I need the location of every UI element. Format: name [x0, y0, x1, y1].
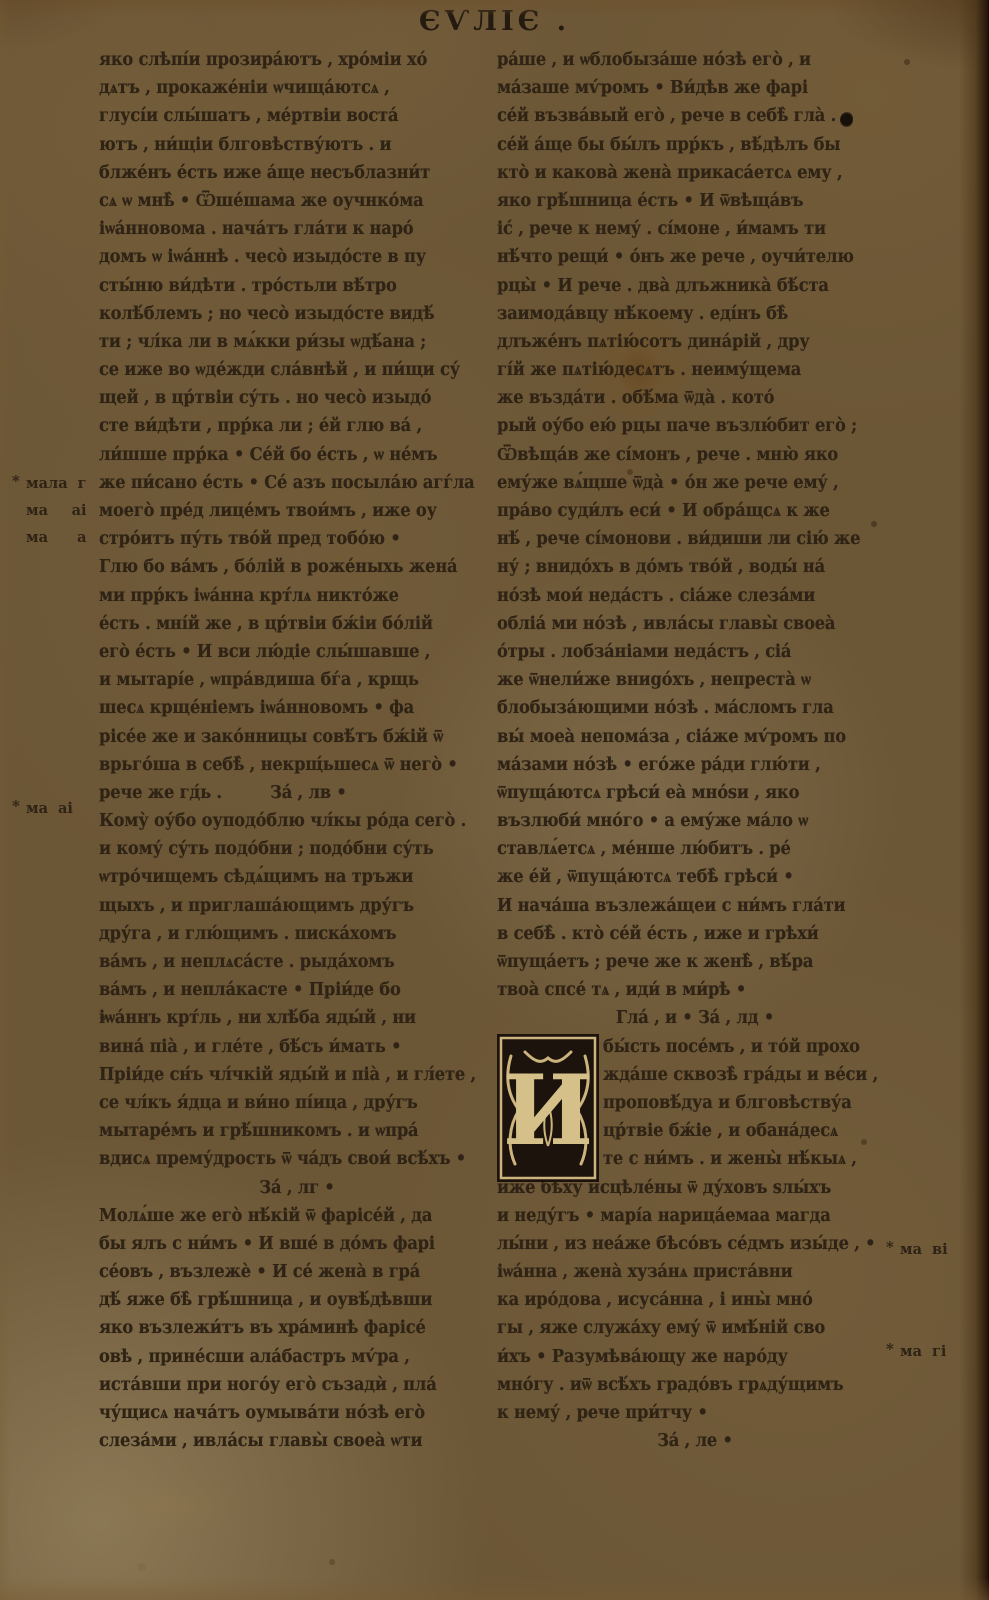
text-line: Гла́ , и • За́ , лд •	[511, 1004, 879, 1032]
text-line: ва́мъ , и неплѧса́сте . рыда́хомъ	[99, 948, 467, 976]
page-corner-shadow	[0, 0, 120, 50]
text-line: се иже во ѡде́жди сла́внѣй , и пи́щи су́	[99, 356, 467, 384]
text-line: възлюби́ мно́го • а ему́же ма́ло ѡ	[497, 807, 865, 835]
reference-chapter: ві	[932, 1236, 948, 1263]
book-page: ЄѴЛІЄ . яко слѣпі́и прозира́ютъ , хро́мі…	[0, 0, 989, 1600]
left-text-column: яко слѣпі́и прозира́ютъ , хро́міи хо́дѧт…	[99, 46, 495, 1455]
reference-chapter: г	[78, 470, 87, 497]
text-line: врьго́ша в себѣ̀ , некрщ́ьшесѧ ѿ него̀ •	[99, 751, 467, 779]
text-line: вы́ моеа̀ непома́за , сіа́же мѵ́ромъ по	[497, 723, 865, 751]
margin-cross-reference: *малагмааімаа	[26, 470, 94, 551]
text-line: яко грѣ́шница е́сть • И ѿвѣща́въ	[497, 187, 865, 215]
text-line: и кому́ су́ть подо́бни ; подо́бни су́ть	[99, 835, 467, 863]
margin-cross-reference: *мааі	[26, 795, 94, 822]
text-line: е́сть . мні́й же , в цр́твіи бж́іи бо́лі…	[99, 610, 467, 638]
text-line: бы ялъ с ни́мъ • И вше́ в до́мъ фарі	[99, 1230, 467, 1258]
text-line: сты́ню ви́дѣти . тро́стьли вѣ́тро	[99, 272, 467, 300]
text-line: щей , в цр́твіи су́ть . но чесо̀ изыдо́	[99, 384, 467, 412]
text-line: дру́га , и глю́щимъ . писка́хомъ	[99, 920, 467, 948]
text-line: моего̀ пре́д лице́мъ твои́мъ , иже оу	[99, 497, 467, 525]
text-line: нѣ́что рещи́ • о́нъ же рече , оучи́телю	[497, 243, 865, 271]
text-line: пра́во суди́лъ еси́ • И обра́щсѧ к же	[497, 497, 865, 525]
text-line: в себѣ̀ . кто̀ се́й е́сть , иже и грѣхи́	[497, 920, 865, 948]
ornamental-initial-woodcut: И	[497, 1034, 599, 1182]
text-line: сѧ ѡ мнѣ̀ • Ѿше́шама же оучнко́ма	[99, 187, 467, 215]
text-line: овѣ , прине́сши ала́бастръ мѵ́ра ,	[99, 1343, 467, 1371]
text-line: шесѧ крще́ніемъ іѡа́нновомъ • фа	[99, 694, 467, 722]
reference-book: ма	[900, 1236, 922, 1263]
page-edge-bottom	[0, 1578, 989, 1600]
right-text-column: ра́ше , и ѡблобыза́ше но́зѣ его̀ , има́з…	[497, 46, 893, 1455]
text-line: ѡтро́чищемъ сѣдѧ́щимъ на тръжи	[99, 863, 467, 891]
text-line: ти ; чл́ка ли в мѧ́кки ри́зы ѡдѣ́ана ;	[99, 328, 467, 356]
asterisk-marker-icon: *	[12, 468, 20, 495]
text-line: же пи́сано е́сть • Се́ азъ посыла́ю агѓл…	[99, 469, 467, 497]
text-line: За́ , ле •	[511, 1427, 879, 1455]
text-line: ютъ , ни́щіи блговѣству́ютъ . и	[99, 131, 467, 159]
reference-chapter: аі	[72, 497, 87, 524]
reference-book: мала	[26, 470, 68, 497]
text-line: стро́итъ пу́ть тво́й пред тобо́ю •	[99, 525, 467, 553]
text-line: ма́зами но́зѣ • его́же ра́ди глю́ти ,	[497, 751, 865, 779]
margin-cross-reference: *магі	[900, 1338, 966, 1365]
text-line: блже́нъ е́сть иже а́ще несъблазни́т	[99, 159, 467, 187]
text-line: домъ ѡ іѡа́ннѣ . чесо̀ изыдо́сте в пу	[99, 243, 467, 271]
text-line: лы́ни , из неа́же бѣсо́въ се́дмъ изы́де …	[497, 1230, 865, 1258]
text-line: кто̀ и какова̀ жена̀ прикаса́етсѧ ему ,	[497, 159, 865, 187]
text-line: обліа́ ми но́зѣ , ивла́сы главы̀ своеа̀	[497, 610, 865, 638]
asterisk-marker-icon: *	[886, 1234, 894, 1261]
text-line: ну́ ; внидо́хъ в до́мъ тво́й , воды́ на́	[497, 553, 865, 581]
reference-book: ма	[900, 1338, 922, 1365]
text-line: же ѿнели́же вниgо́хъ , непреста̀ ѡ	[497, 666, 865, 694]
text-line: яко слѣпі́и прозира́ютъ , хро́міи хо́	[99, 46, 467, 74]
text-line: іс́ , рече к нему́ . сі́моне , и́мамъ ти	[497, 215, 865, 243]
text-line: но́зѣ мои́ неда́стъ . сіа́же слеза́ми	[497, 582, 865, 610]
text-line: мно́гу . иѿ всѣ́хъ градо́въ грѧду́щимъ	[497, 1371, 865, 1399]
reference-book: ма	[26, 524, 48, 551]
text-line: глусі́и слы́шатъ , ме́ртвіи воста́	[99, 102, 467, 130]
text-line: длъже́нъ пѧтію́сотъ дина́рій , дру	[497, 328, 865, 356]
reference-chapter: гі	[932, 1338, 946, 1365]
text-line: твоа̀ спсе́ тѧ , иди́ в ми́рѣ •	[497, 976, 865, 1004]
text-line: иста́вши при ного́у его̀ съзадѝ , пла́	[99, 1371, 467, 1399]
text-line: ра́ше , и ѡблобыза́ше но́зѣ его̀ , и	[497, 46, 865, 74]
text-line: іѡа́нновома . нача́тъ гла́ти к наро́	[99, 215, 467, 243]
text-line: Глю бо ва́мъ , бо́лій в роже́ныхь жена́	[99, 553, 467, 581]
text-line: вина́ піа̀ , и гле́те , бѣ́съ и́мать •	[99, 1033, 467, 1061]
text-line: ма́заше мѵ́ромъ • Ви́дѣв же фарі	[497, 74, 865, 102]
text-line: ставлѧ́етсѧ , ме́нше лю́битъ . ре́	[497, 835, 865, 863]
text-line: Ѿвѣща́в же сі́монъ , рече . мню̀ яко	[497, 441, 865, 469]
text-line: гы , яже служа́ху ему́ ѿ имѣ́ній сво	[497, 1314, 865, 1342]
text-line: іѡа́ннъ крт́ль , ни хлѣ́ба яды́й , ни	[99, 1004, 467, 1032]
text-line: сте ви́дѣти , прр́ка ли ; е́й глю ва́ ,	[99, 412, 467, 440]
text-line: рцы̀ • И рече . два̀ длъжника̀ бѣ́ста	[497, 272, 865, 300]
text-line: нѣ́ , рече сі́монови . ви́диши ли сію́ ж…	[497, 525, 865, 553]
reference-chapter: а	[77, 524, 86, 551]
text-line: ему́же вѧ́щше ѿда̀ • о́н же рече ему́ ,	[497, 469, 865, 497]
text-line: яко възлежи́тъ въ хра́минѣ фарісе́	[99, 1314, 467, 1342]
reference-book: ма	[26, 795, 48, 822]
page-edge-right	[959, 0, 989, 1600]
text-line: рісе́е же и зако́нницы совѣ́тъ бж́ій ѿ	[99, 723, 467, 751]
text-line: ка иро́дова , исуса́нна , і ины̀ мно́	[497, 1286, 865, 1314]
text-line: рый оу́бо ею́ рцы паче възлю́бит его̀ ;	[497, 412, 865, 440]
text-line: слеза́ми , ивла́сы главы̀ своеа̀ ѡти	[99, 1427, 467, 1455]
reference-book: ма	[26, 497, 48, 524]
text-line: чу́щисѧ нача́тъ оумыва́ти но́зѣ его̀	[99, 1399, 467, 1427]
reference-chapter: аі	[58, 795, 73, 822]
text-line: и́хъ • Разумѣва́ющу же наро́ду	[497, 1343, 865, 1371]
text-line: Кому̀ оу́бо оуподо́блю чл́кы ро́да сего̀…	[99, 807, 467, 835]
text-line: дѣ́ яже бѣ̀ грѣ́шница , и оувѣ́дѣвши	[99, 1286, 467, 1314]
text-line: и мытарі́е , ѡпра́вдиша бѓа , крщь	[99, 666, 467, 694]
text-line: его̀ е́сть • И вси лю́діе слы́шавше ,	[99, 638, 467, 666]
text-line: о́тры . лобза́ніами неда́стъ , сіа́	[497, 638, 865, 666]
text-line: же възда́ти . обѣ́ма ѿда̀ . кото́	[497, 384, 865, 412]
text-line: Пріи́де сн́ъ чл́чкій яды́й и піа̀ , и гл…	[99, 1061, 467, 1089]
text-line: и неду́гъ • марі́а нарица́емаа магда	[497, 1202, 865, 1230]
paper-smudge	[545, 1538, 725, 1580]
text-line: же е́й , ѿпуща́ютсѧ тебѣ̀ грѣси́ •	[497, 863, 865, 891]
text-line: ва́мъ , и непла́касте • Пріи́де бо	[99, 976, 467, 1004]
text-line: ѿпуща́етъ ; рече же к женѣ̀ , вѣ́ра	[497, 948, 865, 976]
text-line: к нему́ , рече при́тчу •	[497, 1399, 865, 1427]
text-line: щыхъ , и приглаша́ющимъ дру́гъ	[99, 892, 467, 920]
paper-smudge	[95, 1478, 245, 1533]
text-line: се чл́къ я́дца и ви́но пі́ица , дру́гъ	[99, 1089, 467, 1117]
text-line: ѿпуща́ютсѧ грѣси́ еа̀ мно́ѕи , яко	[497, 779, 865, 807]
text-line: заимода́вцу нѣ́коему . еді́нъ бѣ̀	[497, 300, 865, 328]
text-line: рече же гд́ь . За́ , лв •	[99, 779, 467, 807]
text-line: Молѧ́ше же его̀ нѣ́кій ѿ фарісе́й , да	[99, 1202, 467, 1230]
text-line: се́овъ , възлежѐ • И се́ жена̀ в гра́	[99, 1258, 467, 1286]
text-line: колѣ́блемъ ; но чесо̀ изыдо́сте видѣ́	[99, 300, 467, 328]
asterisk-marker-icon: *	[886, 1336, 894, 1363]
text-line: ми прр́къ іѡа́нна крт́лѧ никто́же	[99, 582, 467, 610]
page-edge-left	[0, 0, 10, 1600]
text-line: блобыза́ющими но́зѣ . ма́сломъ гла	[497, 694, 865, 722]
text-line: гі́й же пѧтію́десѧтъ . неиму́щема	[497, 356, 865, 384]
text-line: мытаре́мъ и грѣ́шникомъ . и ѡпра́	[99, 1117, 467, 1145]
text-line: се́й възва́вый его̀ , рече в себѣ̀ гла̀ …	[497, 102, 865, 130]
text-line: дѧтъ , прокаже́ніи ѡчища́ютсѧ ,	[99, 74, 467, 102]
text-line: іѡа́нна , жена̀ хуза́нѧ приста́вни	[497, 1258, 865, 1286]
text-line: За́ , лг •	[113, 1174, 481, 1202]
text-line: се́й а́ще бы бы́лъ прр́къ , вѣ́дѣлъ бы	[497, 131, 865, 159]
text-line: вдисѧ прему́дрость ѿ ча́дъ свои́ всѣ́хъ …	[99, 1145, 467, 1173]
margin-cross-reference: *маві	[900, 1236, 966, 1263]
text-line: И нача́ша възлежа́щеи с ни́мъ гла́ти	[497, 892, 865, 920]
initial-letter: И	[503, 1054, 594, 1167]
asterisk-marker-icon: *	[12, 793, 20, 820]
text-line: ли́шше прр́ка • Се́й бо е́сть , ѡ не́мъ	[99, 441, 467, 469]
